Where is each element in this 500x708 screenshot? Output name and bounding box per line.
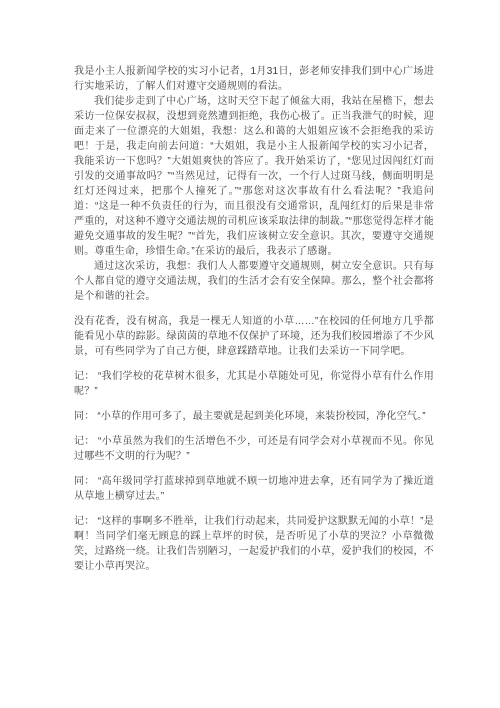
essay-paragraph-grass-intro: 没有花香，没有树高，我是一棵无人知道的小草……”在校园的任何地方几乎都能看见小草…: [74, 314, 434, 359]
screenshot-root: { "colors": { "page_background": "#fffff…: [0, 0, 500, 708]
essay-body: 我是小主人报新闻学校的实习小记者，1月31日，彭老师安排我们到中心广场进行实地采…: [74, 64, 434, 574]
essay-paragraph-conclusion-traffic: 通过这次采访，我想：我们人人都要遵守交通规则，树立安全意识。只有每个人都自觉的遵…: [74, 259, 434, 304]
essay-paragraph-reporter-question-2: 记： “小草虽然为我们的生活增色不少，可还是有同学会对小草视而不见。你见过哪些不…: [74, 434, 434, 464]
essay-paragraph-student-answer-2: 同： “高年级同学打蓝球掉到草地就不顾一切地冲进去拿，还有同学为了操近道从草地上…: [74, 474, 434, 504]
essay-paragraph-intro: 我是小主人报新闻学校的实习小记者，1月31日，彭老师安排我们到中心广场进行实地采…: [74, 64, 434, 94]
essay-paragraph-interview-street: 我们徒步走到了中心广场，这时天空下起了倾盆大雨，我站在屋檐下，想去采访一位保安叔…: [74, 94, 434, 259]
document-page: 我是小主人报新闻学校的实习小记者，1月31日，彭老师安排我们到中心广场进行实地采…: [0, 0, 500, 708]
essay-paragraph-reporter-question-1: 记： “我们学校的花草树木很多，尤其是小草随处可见，你觉得小草有什么作用呢？”: [74, 369, 434, 399]
essay-paragraph-grass-conclusion: 记： “这样的事啊多不胜举，让我们行动起来，共同爱护这默默无闻的小草！”是啊！当…: [74, 514, 434, 574]
essay-paragraph-student-answer-1: 同： “小草的作用可多了，最主要就是起到美化环境，来装扮校园，净化空气。”: [74, 409, 434, 424]
